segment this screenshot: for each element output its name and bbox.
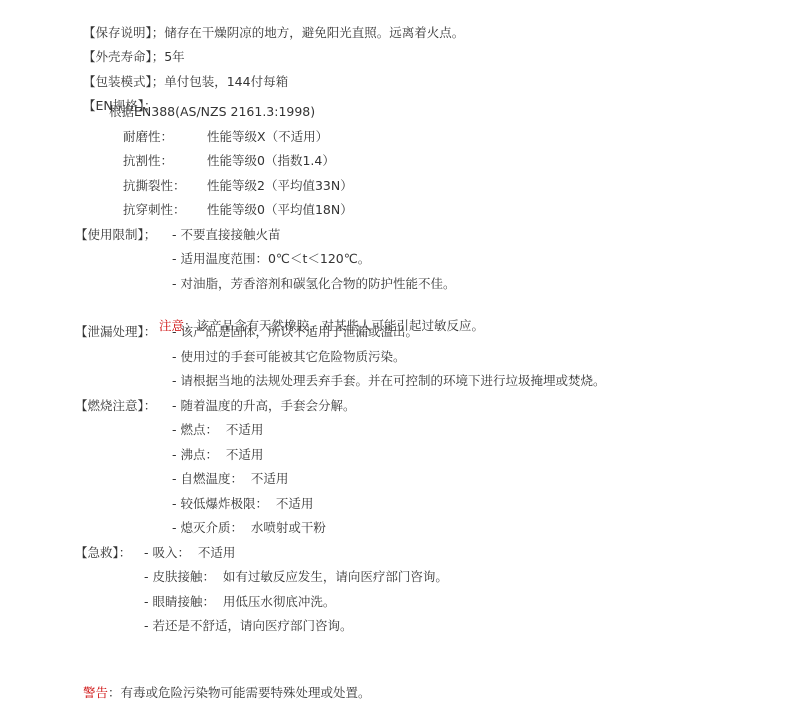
spill-item: - 该产品是固体，所以不适用于泄漏或溢出。 [172,323,418,341]
shelf-life-line: 【外壳寿命】；5年 [75,30,185,48]
first-aid-item: - 眼睛接触： 用低压水彻底冲洗。 [144,593,335,611]
en-item: 抗割性： [123,152,173,170]
usage-limits-label: 【使用限制】； [75,226,156,244]
en-item: 抗穿刺性： [123,201,186,219]
en-item-value: 性能等级0（指数1.4） [207,152,335,170]
storage-line: 【保存说明】；储存在干燥阴凉的地方，避免阳光直照。远离着火点。 [75,6,464,24]
en-standard: 根据EN388(AS/NZS 2161.3:1998) [109,103,315,121]
en-item: 抗撕裂性： [123,177,186,195]
usage-limit-item: - 适用温度范围：0℃＜t＜120℃。 [172,250,370,268]
first-aid-item: - 吸入： 不适用 [144,544,235,562]
combustion-item: - 沸点： 不适用 [172,446,263,464]
en-item-value: 性能等级0（平均值18N） [207,201,353,219]
combustion-item: - 自燃温度： 不适用 [172,470,288,488]
combustion-item: - 熄灭介质： 水喷射或干粉 [172,519,326,537]
storage-text: 储存在干燥阴凉的地方，避免阳光直照。远离着火点。 [164,25,464,40]
packaging-text: 单付包装，144付每箱 [164,74,288,89]
spill-label: 【泄漏处理】： [75,323,156,341]
en-item-value: 性能等级2（平均值33N） [207,177,353,195]
en-item-name: 抗穿刺性： [123,202,186,217]
usage-note: 注意：该产品含有天然橡胶，对某些人可能引起过敏反应。 [151,299,484,317]
en-item-value: 性能等级X（不适用） [207,128,328,146]
warning-label: 警告 [83,685,108,700]
warning-text: ：有毒或危险污染物可能需要特殊处理或处置。 [108,685,371,700]
en-item-name: 抗撕裂性： [123,178,186,193]
combustion-item: - 随着温度的升高，手套会分解。 [172,397,356,415]
combustion-label: 【燃烧注意】： [75,397,156,415]
warning-line: 警告：有毒或危险污染物可能需要特殊处理或处置。 [75,666,370,684]
combustion-item: - 燃点： 不适用 [172,421,263,439]
first-aid-item: - 若还是不舒适，请向医疗部门咨询。 [144,617,353,635]
first-aid-label: 【急救】： [75,544,131,562]
combustion-item: - 较低爆炸极限： 不适用 [172,495,313,513]
usage-limit-item: - 对油脂，芳香溶剂和碳氢化合物的防护性能不佳。 [172,275,456,293]
en-spec-line: 【EN规格】； [75,79,156,97]
spill-item: - 使用过的手套可能被其它危险物质污染。 [172,348,406,366]
usage-limit-item: - 不要直接接触火苗 [172,226,280,244]
packaging-line: 【包装模式】；单付包装，144付每箱 [75,55,288,73]
en-item-name: 耐磨性： [123,129,173,144]
en-item-name: 抗割性： [123,153,173,168]
first-aid-item: - 皮肤接触： 如有过敏反应发生，请向医疗部门咨询。 [144,568,448,586]
en-item: 耐磨性： [123,128,173,146]
spill-item: - 请根据当地的法规处理丢弃手套。并在可控制的环境下进行垃圾掩埋或焚烧。 [172,372,606,390]
